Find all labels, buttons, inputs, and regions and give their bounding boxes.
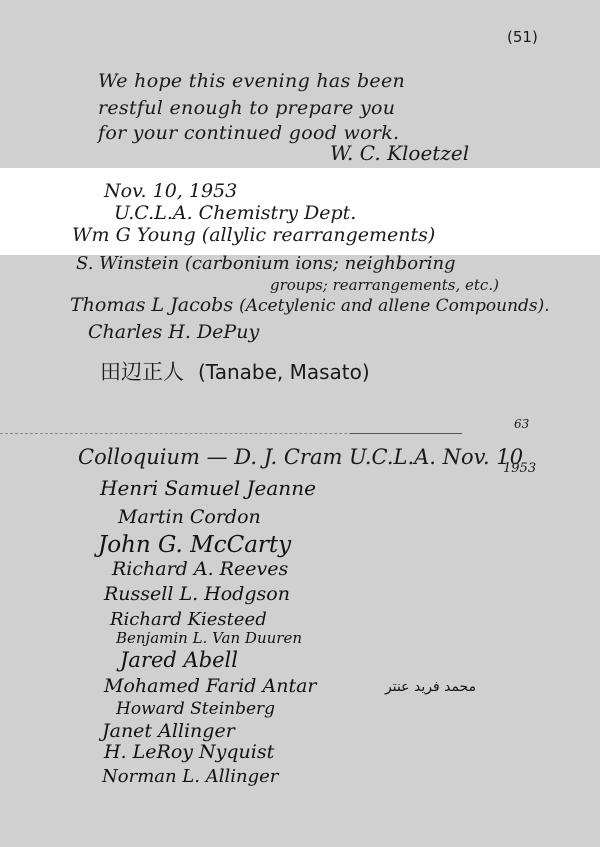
signer-name-japanese: 田辺正人 bbox=[100, 360, 184, 384]
signer-name: Wm G Young bbox=[72, 224, 196, 246]
attendee-signature: John G. McCarty bbox=[98, 534, 291, 557]
colloquium-year: 1953 bbox=[503, 462, 536, 475]
attendee-signature: Norman L. Allinger bbox=[102, 768, 278, 786]
signer-romanization: (Tanabe, Masato) bbox=[198, 360, 370, 384]
divider-line bbox=[350, 433, 462, 434]
signer-topic: (allylic rearrangements) bbox=[202, 224, 436, 246]
session-department: U.C.L.A. Chemistry Dept. bbox=[114, 204, 356, 223]
note-line: restful enough to prepare you bbox=[98, 99, 395, 118]
signature-entry: S. Winstein (carbonium ions; neighboring bbox=[76, 255, 456, 273]
arabic-signature: محمد فريد عنتر bbox=[385, 680, 476, 694]
second-page-number: 63 bbox=[514, 418, 529, 430]
signature-entry: Thomas L Jacobs(Acetylenic and allene Co… bbox=[70, 296, 550, 315]
note-line: We hope this evening has been bbox=[98, 72, 405, 91]
attendee-signature: Richard Kiesteed bbox=[110, 611, 267, 629]
signer-topic: (Acetylenic and allene Compounds). bbox=[239, 296, 550, 316]
signer-topic: (carbonium ions; neighboring bbox=[185, 253, 456, 274]
signature-entry: Wm G Young(allylic rearrangements) bbox=[72, 226, 435, 245]
signer-topic-continued: groups; rearrangements, etc.) bbox=[270, 278, 499, 293]
attendee-signature: H. LeRoy Nyquist bbox=[104, 743, 274, 762]
attendee-signature: Howard Steinberg bbox=[116, 701, 275, 718]
note-signature: W. C. Kloetzel bbox=[330, 143, 469, 163]
signature-entry: 田辺正人(Tanabe, Masato) bbox=[100, 362, 370, 383]
signer-name: S. Winstein bbox=[76, 253, 179, 274]
page-number: (51) bbox=[507, 30, 538, 45]
signature-entry: Charles H. DePuy bbox=[88, 323, 259, 342]
attendee-signature: Benjamin L. Van Duuren bbox=[116, 631, 302, 646]
signer-name: Thomas L Jacobs bbox=[70, 294, 233, 316]
session-date: Nov. 10, 1953 bbox=[104, 182, 237, 201]
attendee-signature: Jared Abell bbox=[120, 650, 238, 671]
attendee-signature: Russell L. Hodgson bbox=[104, 585, 290, 604]
attendee-signature: Henri Samuel Jeanne bbox=[100, 478, 316, 498]
attendee-signature: Janet Allinger bbox=[102, 722, 235, 741]
colloquium-heading: Colloquium — D. J. Cram U.C.L.A. Nov. 10 bbox=[78, 447, 523, 468]
attendee-signature: Richard A. Reeves bbox=[112, 560, 288, 579]
attendee-signature: Martin Cordon bbox=[118, 508, 261, 527]
attendee-signature: Mohamed Farid Antar bbox=[104, 677, 317, 696]
signer-name: Charles H. DePuy bbox=[88, 321, 259, 343]
